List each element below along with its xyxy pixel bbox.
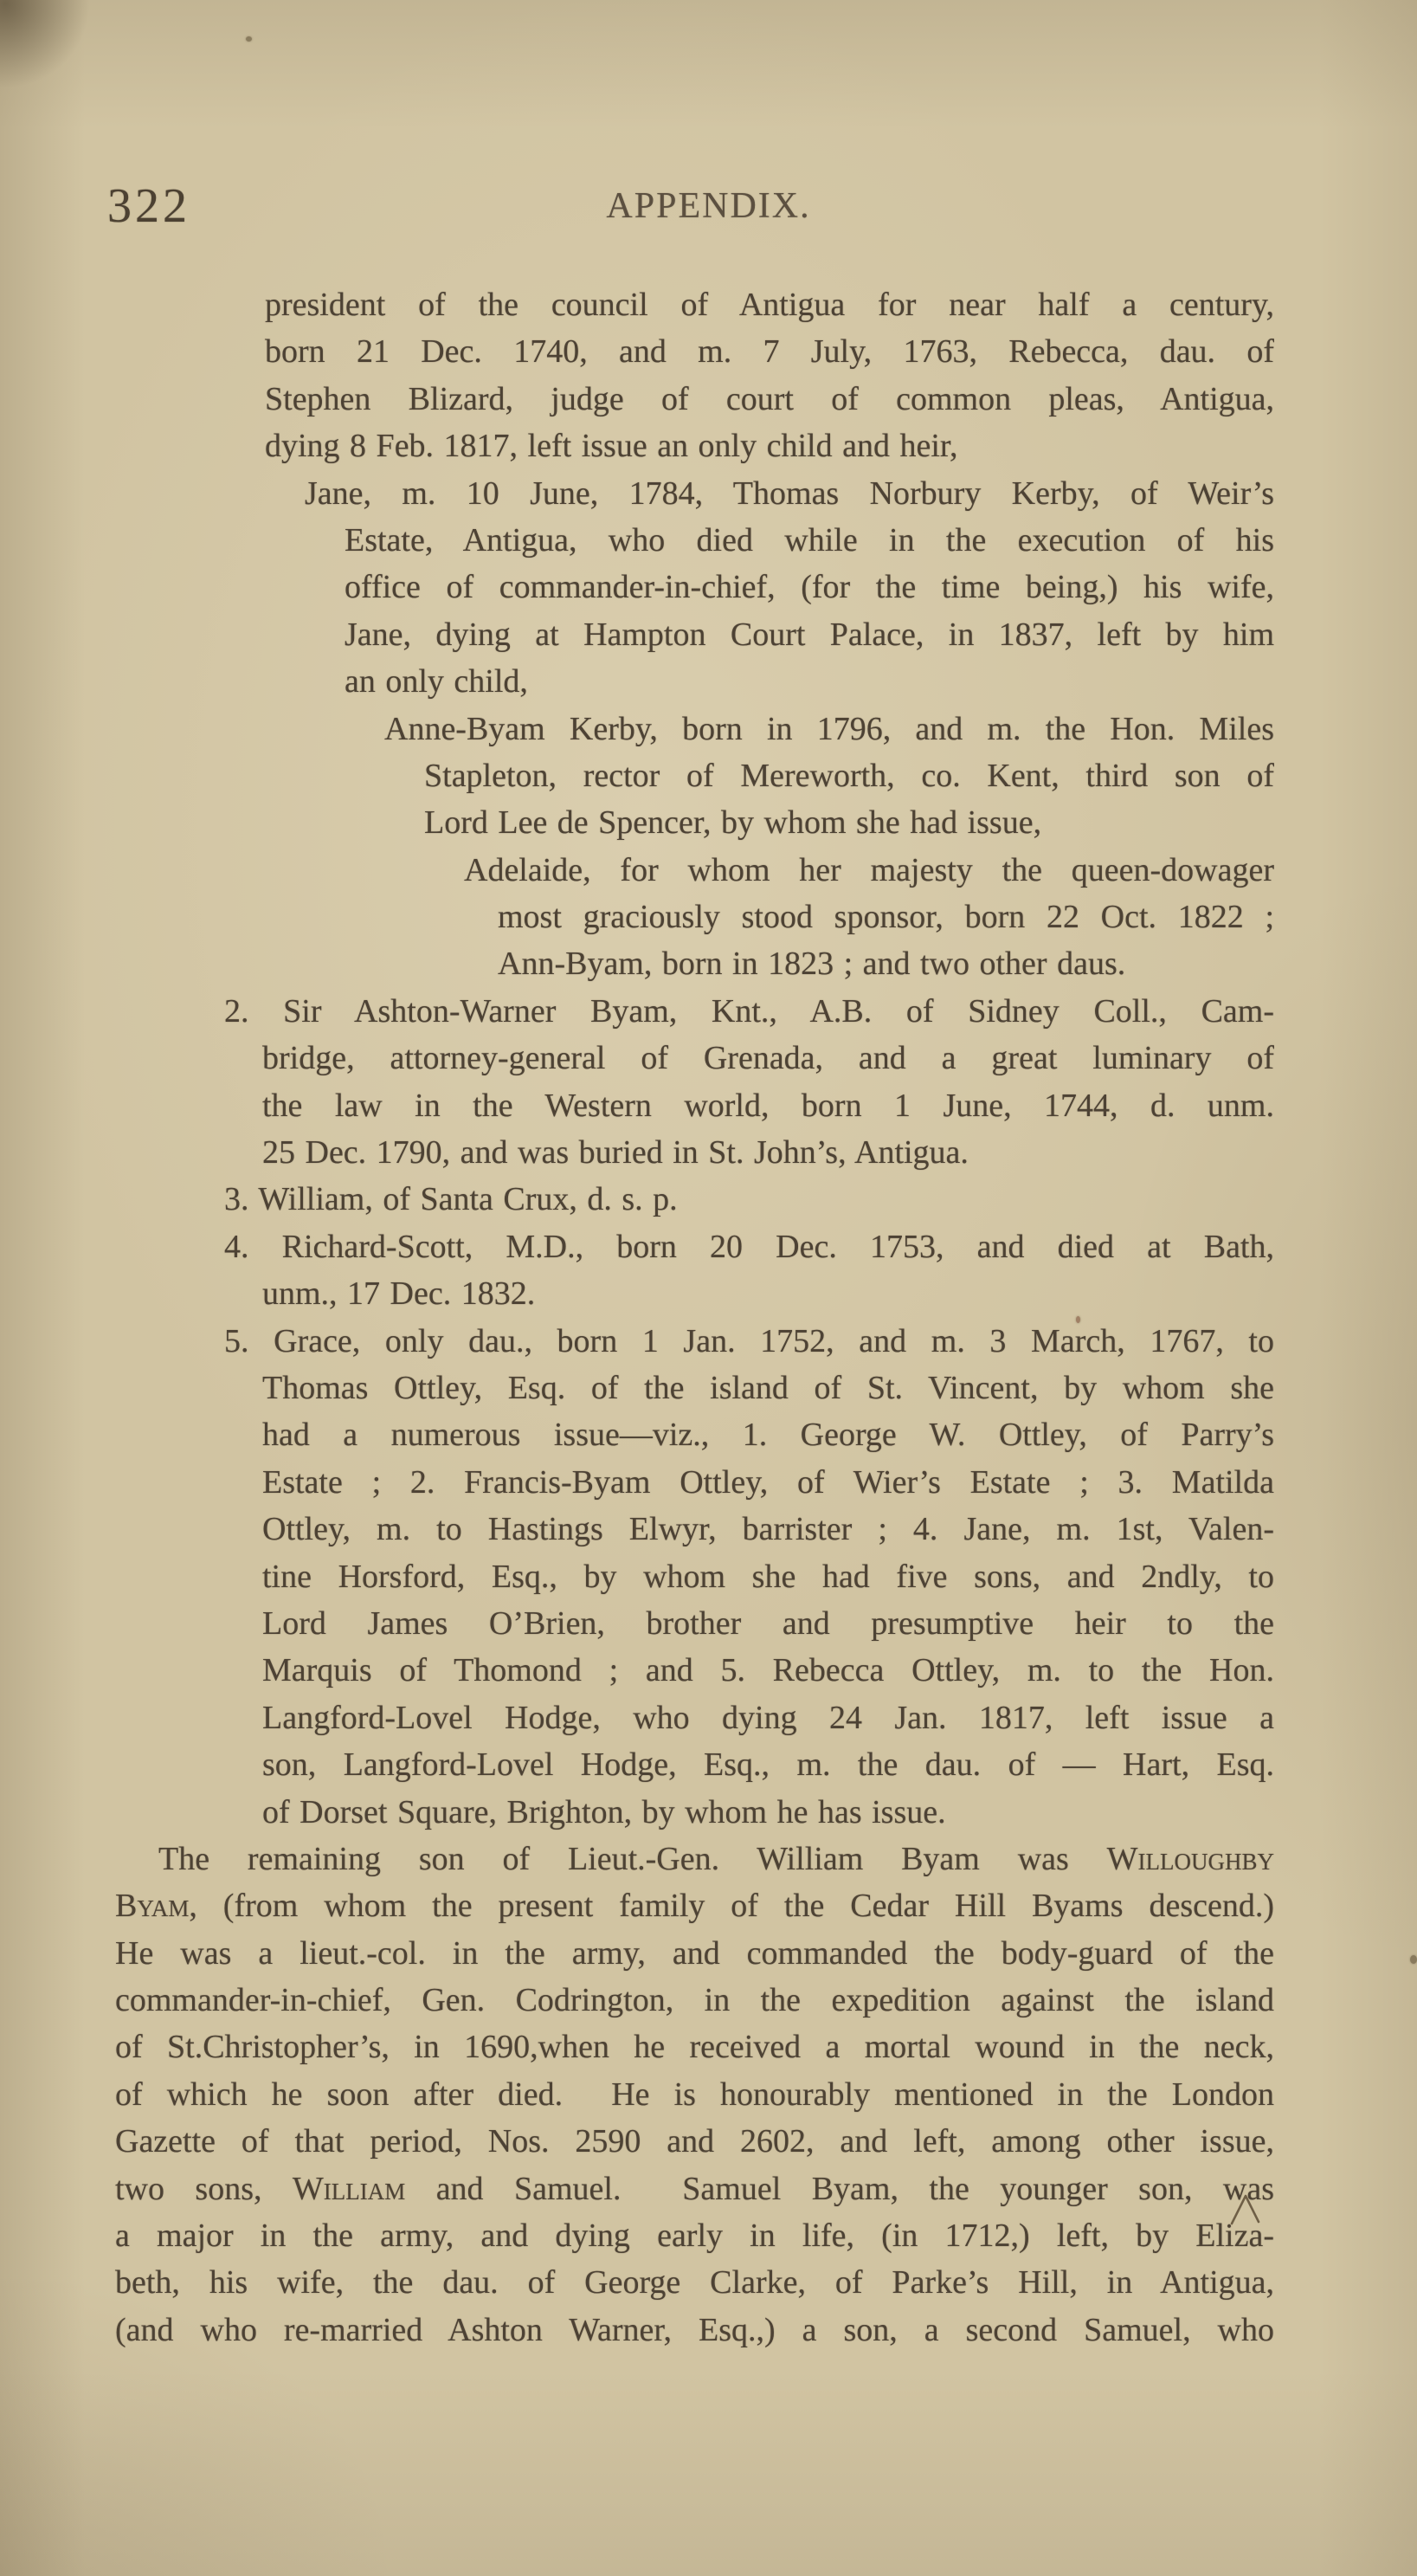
text-line: Lord Lee de Spencer, by whom she had iss… [111, 799, 1274, 846]
text-block: president of the council of Antigua for … [111, 281, 1274, 2353]
text-line: an only child, [111, 658, 1274, 705]
text-segment: office of commander-in-chief, (for the t… [345, 569, 1274, 605]
text-segment: Stapleton, rector of Mereworth, co. Kent… [424, 758, 1274, 794]
text-segment: Adelaide, for whom her majesty the queen… [464, 852, 1274, 888]
text-line: Jane, dying at Hampton Court Palace, in … [111, 611, 1274, 658]
text-line: most graciously stood sponsor, born 22 O… [111, 894, 1274, 940]
text-line: 5. Grace, only dau., born 1 Jan. 1752, a… [111, 1318, 1274, 1365]
text-segment: Ottley, m. to Hastings Elwyr, barrister … [262, 1511, 1274, 1547]
text-line: Estate ; 2. Francis-Byam Ottley, of Wier… [111, 1459, 1274, 1506]
text-segment: and Samuel. Samuel Byam, the younger son… [405, 2171, 1274, 2207]
paper-speck [246, 36, 252, 42]
text-line: Estate, Antigua, who died while in the e… [111, 517, 1274, 564]
text-line: 4. Richard-Scott, M.D., born 20 Dec. 175… [111, 1223, 1274, 1270]
text-segment: (and who re-married Ashton Warner, Esq.,… [115, 2312, 1274, 2348]
text-segment: unm., 17 Dec. 1832. [262, 1275, 535, 1312]
text-line: office of commander-in-chief, (for the t… [111, 564, 1274, 610]
text-line: two sons, William and Samuel. Samuel Bya… [111, 2166, 1274, 2212]
text-line: dying 8 Feb. 1817, left issue an only ch… [111, 423, 1274, 469]
text-segment: 3. William, of Santa Crux, d. s. p. [224, 1181, 678, 1217]
text-segment: He was a lieut.-col. in the army, and co… [115, 1935, 1274, 1972]
text-line: commander-in-chief, Gen. Codrington, in … [111, 1977, 1274, 2024]
text-segment: of St.Christopher’s, in 1690,when he rec… [115, 2029, 1274, 2065]
text-segment: had a numerous issue—viz., 1. George W. … [262, 1417, 1274, 1453]
text-line: a major in the army, and dying early in … [111, 2212, 1274, 2259]
text-segment: , (from whom the present family of the C… [189, 1888, 1274, 1924]
text-segment: Thomas Ottley, Esq. of the island of St.… [262, 1370, 1274, 1406]
text-segment: 4. Richard-Scott, M.D., born 20 Dec. 175… [224, 1229, 1274, 1265]
text-line: 3. William, of Santa Crux, d. s. p. [111, 1176, 1274, 1223]
text-line: Ottley, m. to Hastings Elwyr, barrister … [111, 1506, 1274, 1553]
text-line: Anne-Byam Kerby, born in 1796, and m. th… [111, 706, 1274, 752]
text-line: of Dorset Square, Brighton, by whom he h… [111, 1789, 1274, 1836]
text-line: of St.Christopher’s, in 1690,when he rec… [111, 2024, 1274, 2070]
text-line: Lord James O’Brien, brother and presumpt… [111, 1600, 1274, 1647]
text-segment: Lord Lee de Spencer, by whom she had iss… [424, 804, 1041, 841]
text-segment: 2. Sir Ashton-Warner Byam, Knt., A.B. of… [224, 993, 1274, 1030]
running-header: APPENDIX. [0, 185, 1417, 227]
caret-mark [1227, 2192, 1264, 2227]
text-line: Langford-Lovel Hodge, who dying 24 Jan. … [111, 1695, 1274, 1741]
text-segment: Langford-Lovel Hodge, who dying 24 Jan. … [262, 1700, 1274, 1736]
text-line: Stapleton, rector of Mereworth, co. Kent… [111, 752, 1274, 799]
text-line: Jane, m. 10 June, 1784, Thomas Norbury K… [111, 470, 1274, 517]
text-segment: most graciously stood sponsor, born 22 O… [498, 899, 1274, 935]
text-line: bridge, attorney-general of Grenada, and… [111, 1035, 1274, 1081]
text-line: Gazette of that period, Nos. 2590 and 26… [111, 2118, 1274, 2165]
text-line: born 21 Dec. 1740, and m. 7 July, 1763, … [111, 328, 1274, 375]
small-caps-text: William [293, 2171, 405, 2207]
text-segment: Lord James O’Brien, brother and presumpt… [262, 1605, 1274, 1642]
text-line: 2. Sir Ashton-Warner Byam, Knt., A.B. of… [111, 988, 1274, 1035]
text-line: Marquis of Thomond ; and 5. Rebecca Ottl… [111, 1647, 1274, 1694]
text-segment: of which he soon after died. He is honou… [115, 2076, 1274, 2113]
text-segment: 5. Grace, only dau., born 1 Jan. 1752, a… [224, 1323, 1274, 1359]
text-line: son, Langford-Lovel Hodge, Esq., m. the … [111, 1741, 1274, 1788]
text-segment: of Dorset Square, Brighton, by whom he h… [262, 1794, 946, 1830]
text-line: (and who re-married Ashton Warner, Esq.,… [111, 2307, 1274, 2353]
text-line: Byam, (from whom the present family of t… [111, 1882, 1274, 1929]
text-segment: dying 8 Feb. 1817, left issue an only ch… [265, 428, 958, 464]
text-segment: bridge, attorney-general of Grenada, and… [262, 1040, 1274, 1076]
small-caps-text: Byam [115, 1888, 189, 1924]
text-line: president of the council of Antigua for … [111, 281, 1274, 328]
text-segment: tine Horsford, Esq., by whom she had fiv… [262, 1559, 1274, 1595]
text-segment: Stephen Blizard, judge of court of commo… [265, 381, 1274, 417]
text-line: 25 Dec. 1790, and was buried in St. John… [111, 1129, 1274, 1176]
small-caps-text: Willoughby [1107, 1841, 1274, 1877]
text-line: had a numerous issue—viz., 1. George W. … [111, 1411, 1274, 1458]
text-line: the law in the Western world, born 1 Jun… [111, 1082, 1274, 1129]
text-segment: two sons, [115, 2171, 293, 2207]
text-segment: Jane, dying at Hampton Court Palace, in … [345, 617, 1274, 653]
text-segment: 25 Dec. 1790, and was buried in St. John… [262, 1134, 969, 1171]
text-segment: commander-in-chief, Gen. Codrington, in … [115, 1982, 1274, 2018]
text-line: beth, his wife, the dau. of George Clark… [111, 2259, 1274, 2306]
text-line: Thomas Ottley, Esq. of the island of St.… [111, 1365, 1274, 1411]
text-segment: Estate, Antigua, who died while in the e… [345, 522, 1274, 558]
text-segment: Marquis of Thomond ; and 5. Rebecca Ottl… [262, 1652, 1274, 1688]
text-line: The remaining son of Lieut.-Gen. William… [111, 1836, 1274, 1882]
text-segment: Anne-Byam Kerby, born in 1796, and m. th… [384, 711, 1274, 747]
text-segment: an only child, [345, 663, 528, 700]
text-segment: Ann-Byam, born in 1823 ; and two other d… [498, 946, 1125, 982]
text-segment: The remaining son of Lieut.-Gen. William… [158, 1841, 1107, 1877]
text-line: Stephen Blizard, judge of court of commo… [111, 376, 1274, 423]
text-segment: a major in the army, and dying early in … [115, 2218, 1274, 2254]
paper-speck [1076, 1316, 1080, 1323]
text-segment: Estate ; 2. Francis-Byam Ottley, of Wier… [262, 1464, 1274, 1501]
text-line: Ann-Byam, born in 1823 ; and two other d… [111, 940, 1274, 987]
text-segment: beth, his wife, the dau. of George Clark… [115, 2264, 1274, 2301]
scan-page: 322 APPENDIX. president of the council o… [0, 0, 1417, 2576]
paper-speck [1410, 1955, 1417, 1964]
text-line: He was a lieut.-col. in the army, and co… [111, 1930, 1274, 1977]
text-segment: born 21 Dec. 1740, and m. 7 July, 1763, … [265, 333, 1274, 370]
text-line: of which he soon after died. He is honou… [111, 2071, 1274, 2118]
text-line: Adelaide, for whom her majesty the queen… [111, 847, 1274, 894]
text-segment: Jane, m. 10 June, 1784, Thomas Norbury K… [305, 475, 1274, 512]
text-segment: the law in the Western world, born 1 Jun… [262, 1088, 1274, 1124]
text-line: unm., 17 Dec. 1832. [111, 1270, 1274, 1317]
text-segment: Gazette of that period, Nos. 2590 and 26… [115, 2123, 1274, 2160]
text-segment: son, Langford-Lovel Hodge, Esq., m. the … [262, 1746, 1274, 1783]
text-segment: president of the council of Antigua for … [265, 287, 1274, 323]
text-line: tine Horsford, Esq., by whom she had fiv… [111, 1553, 1274, 1600]
